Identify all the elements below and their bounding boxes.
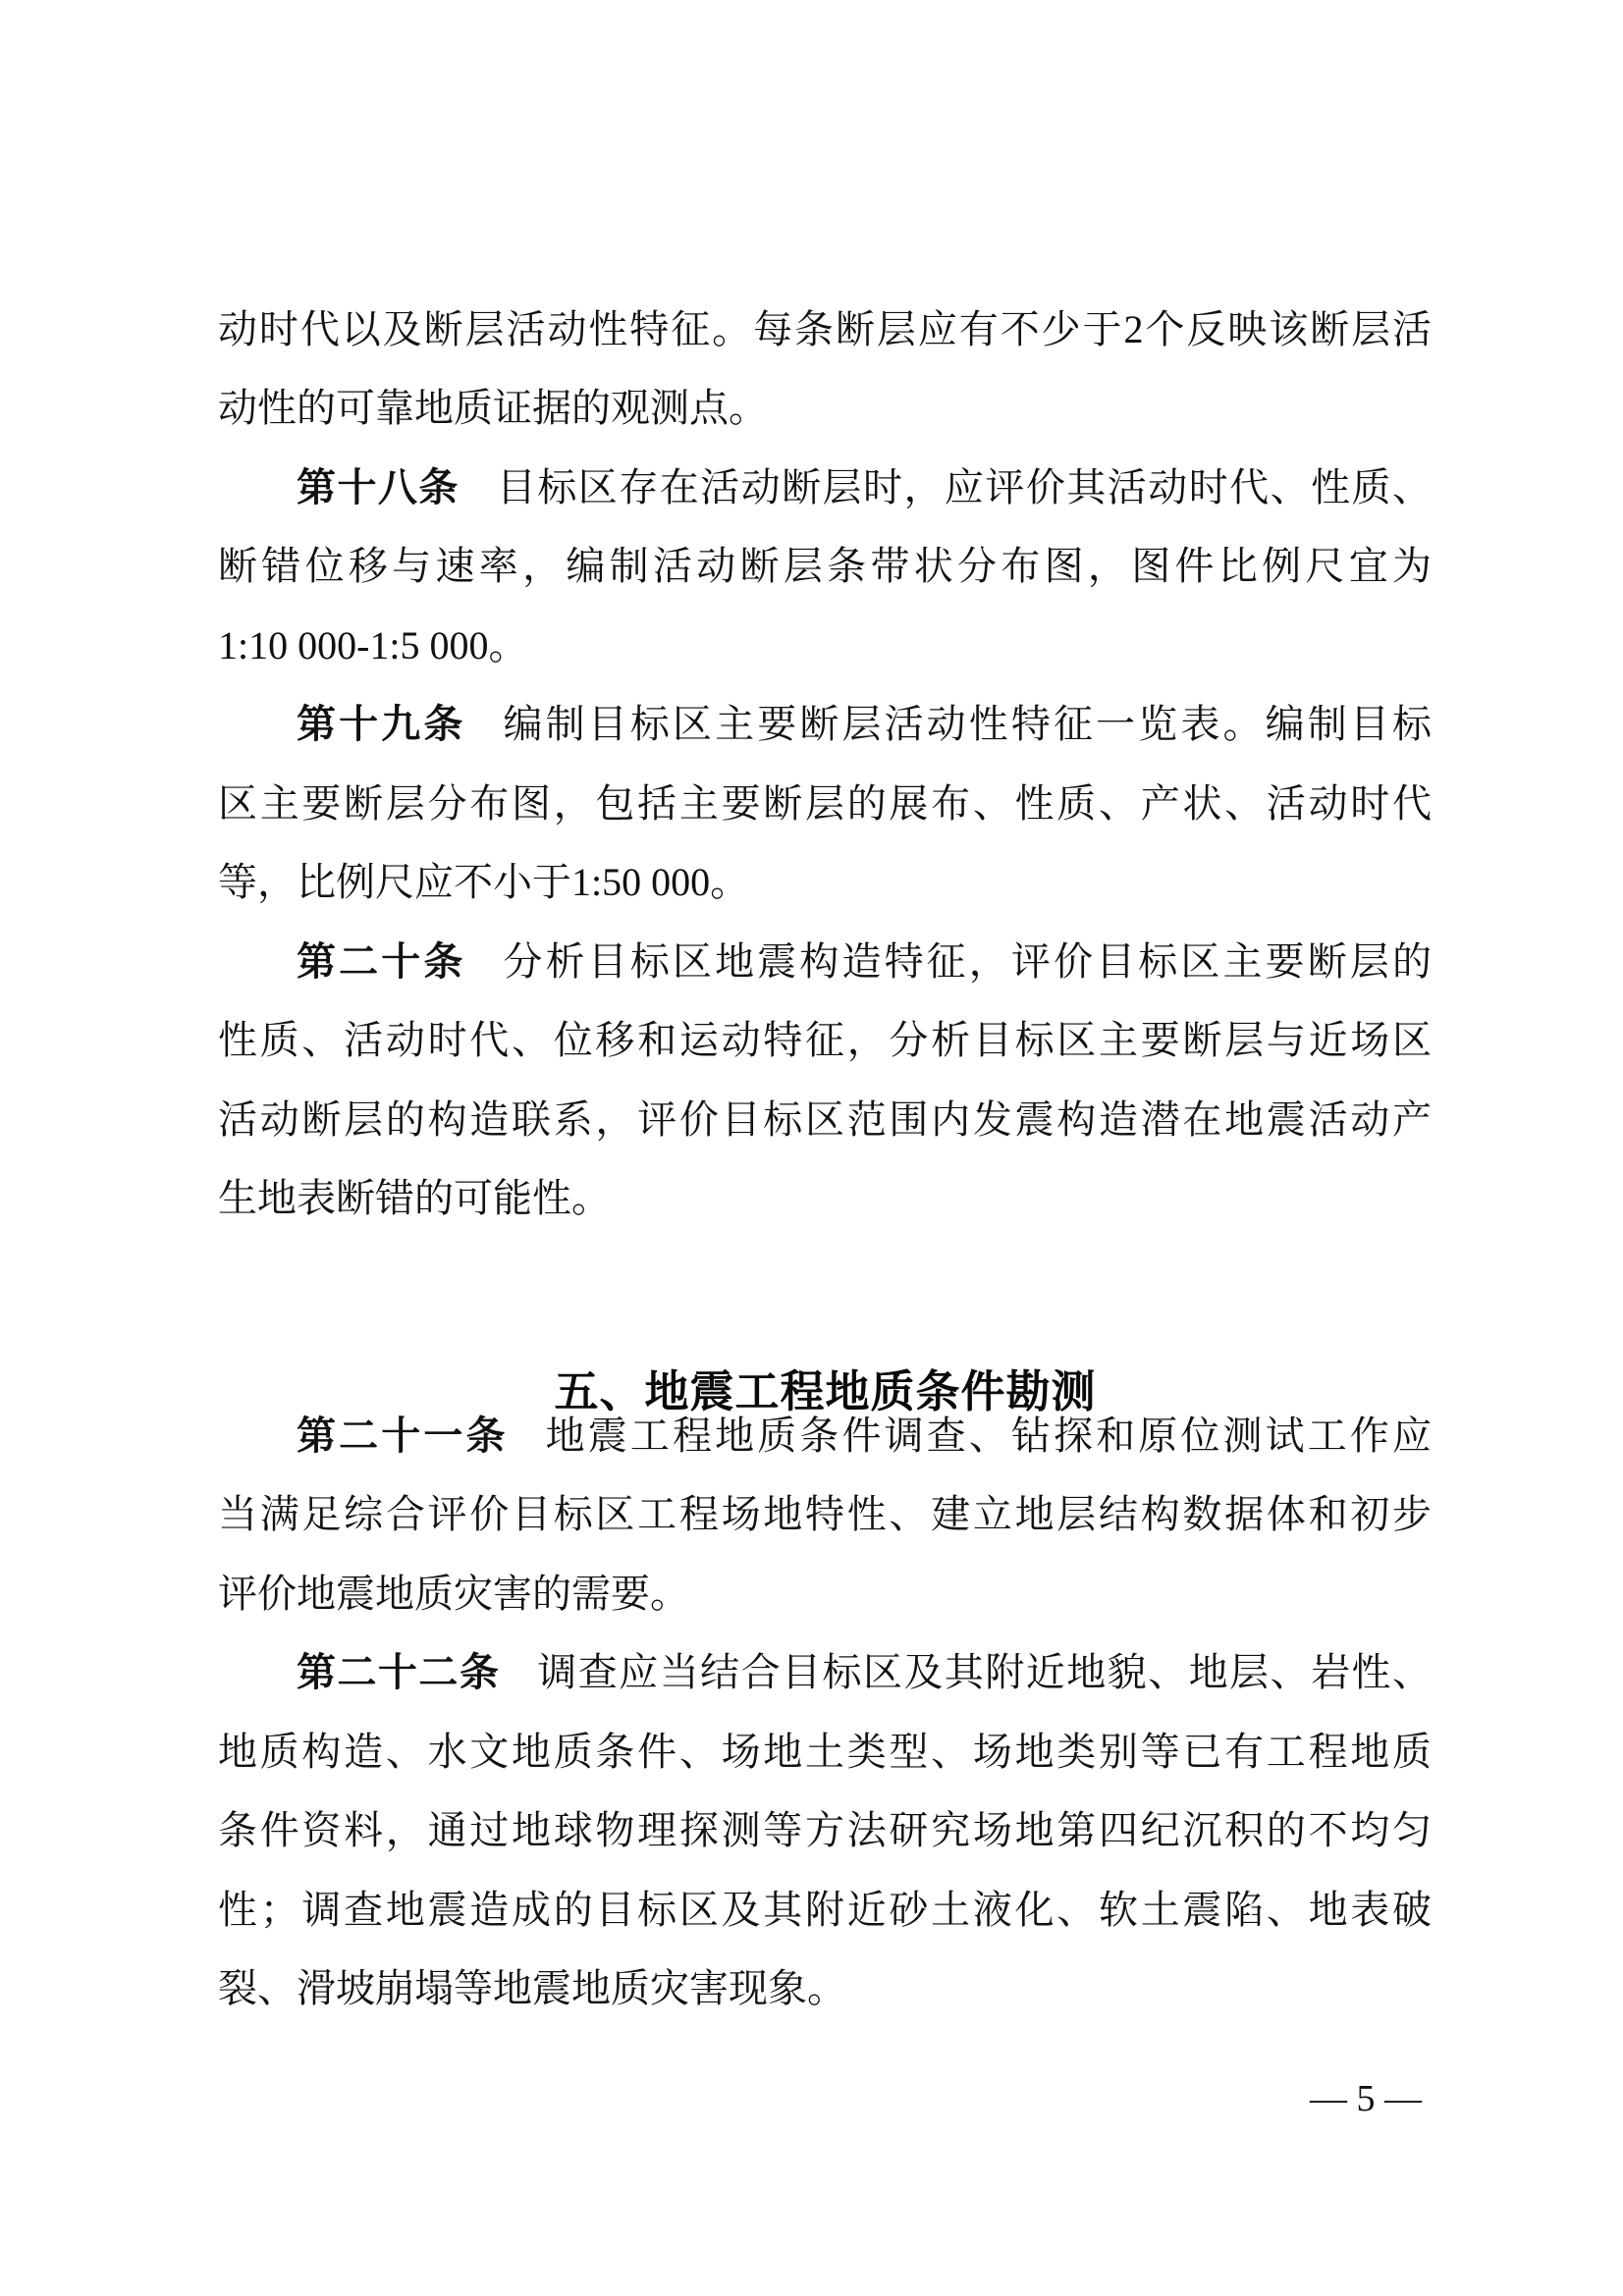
text-line: 动性的可靠地质证据的观测点。 (218, 386, 1432, 431)
article-number: 第二十一条 (297, 1414, 509, 1458)
paragraph-first-line: 第二十二条调查应当结合目标区及其附近地貌、地层、岩性、 (297, 1650, 1432, 1695)
text-line: 性；调查地震造成的目标区及其附近砂土液化、软土震陷、地表破 (218, 1888, 1432, 1933)
text-line: 断错位移与速率，编制活动断层条带状分布图，图件比例尺宜为 (218, 544, 1432, 589)
text-line: 评价地震地质灾害的需要。 (218, 1572, 1432, 1617)
paragraph-first-line: 第十九条编制目标区主要断层活动性特征一览表。编制目标 (297, 702, 1432, 747)
text-line: 裂、滑坡崩塌等地震地质灾害现象。 (218, 1966, 1432, 2011)
document-page: 动时代以及断层活动性特征。每条断层应有不少于2个反映该断层活 动性的可靠地质证据… (0, 0, 1623, 2296)
text-line: 编制目标区主要断层活动性特征一览表。编制目标 (503, 702, 1432, 746)
text-line: 活动断层的构造联系，评价目标区范围内发震构造潜在地震活动产 (218, 1097, 1432, 1143)
text-line: 生地表断错的可能性。 (218, 1176, 1432, 1221)
text-line: 分析目标区地震构造特征，评价目标区主要断层的 (503, 939, 1432, 984)
paragraph-first-line: 第二十条分析目标区地震构造特征，评价目标区主要断层的 (297, 939, 1432, 985)
text-line: 当满足综合评价目标区工程场地特性、建立地层结构数据体和初步 (218, 1492, 1432, 1537)
section-heading: 五、地震工程地质条件勘测 (14, 1365, 1623, 1418)
text-line: 性质、活动时代、位移和运动特征，分析目标区主要断层与近场区 (218, 1018, 1432, 1063)
text-line: 等，比例尺应不小于1:50 000。 (218, 860, 1432, 905)
article-number: 第二十二条 (297, 1650, 500, 1694)
text-line: 地质构造、水文地质条件、场地土类型、场地类别等已有工程地质 (218, 1730, 1432, 1775)
paragraph-first-line: 第十八条目标区存在活动断层时，应评价其活动时代、性质、 (297, 465, 1432, 510)
text-line: 区主要断层分布图，包括主要断层的展布、性质、产状、活动时代 (218, 781, 1432, 827)
article-number: 第二十条 (297, 939, 465, 984)
text-line: 动时代以及断层活动性特征。每条断层应有不少于2个反映该断层活 (218, 307, 1432, 352)
text-line: 调查应当结合目标区及其附近地貌、地层、岩性、 (537, 1650, 1432, 1694)
text-line: 1:10 000-1:5 000。 (218, 623, 1432, 668)
text-line: 条件资料，通过地球物理探测等方法研究场地第四纪沉积的不均匀 (218, 1808, 1432, 1853)
paragraph-first-line: 第二十一条地震工程地质条件调查、钻探和原位测试工作应 (297, 1414, 1432, 1459)
text-line: 目标区存在活动断层时，应评价其活动时代、性质、 (497, 465, 1432, 509)
article-number: 第十九条 (297, 702, 465, 746)
page-number: — 5 — (1310, 2077, 1422, 2122)
article-number: 第十八条 (297, 465, 460, 509)
text-line: 地震工程地质条件调查、钻探和原位测试工作应 (546, 1414, 1432, 1458)
